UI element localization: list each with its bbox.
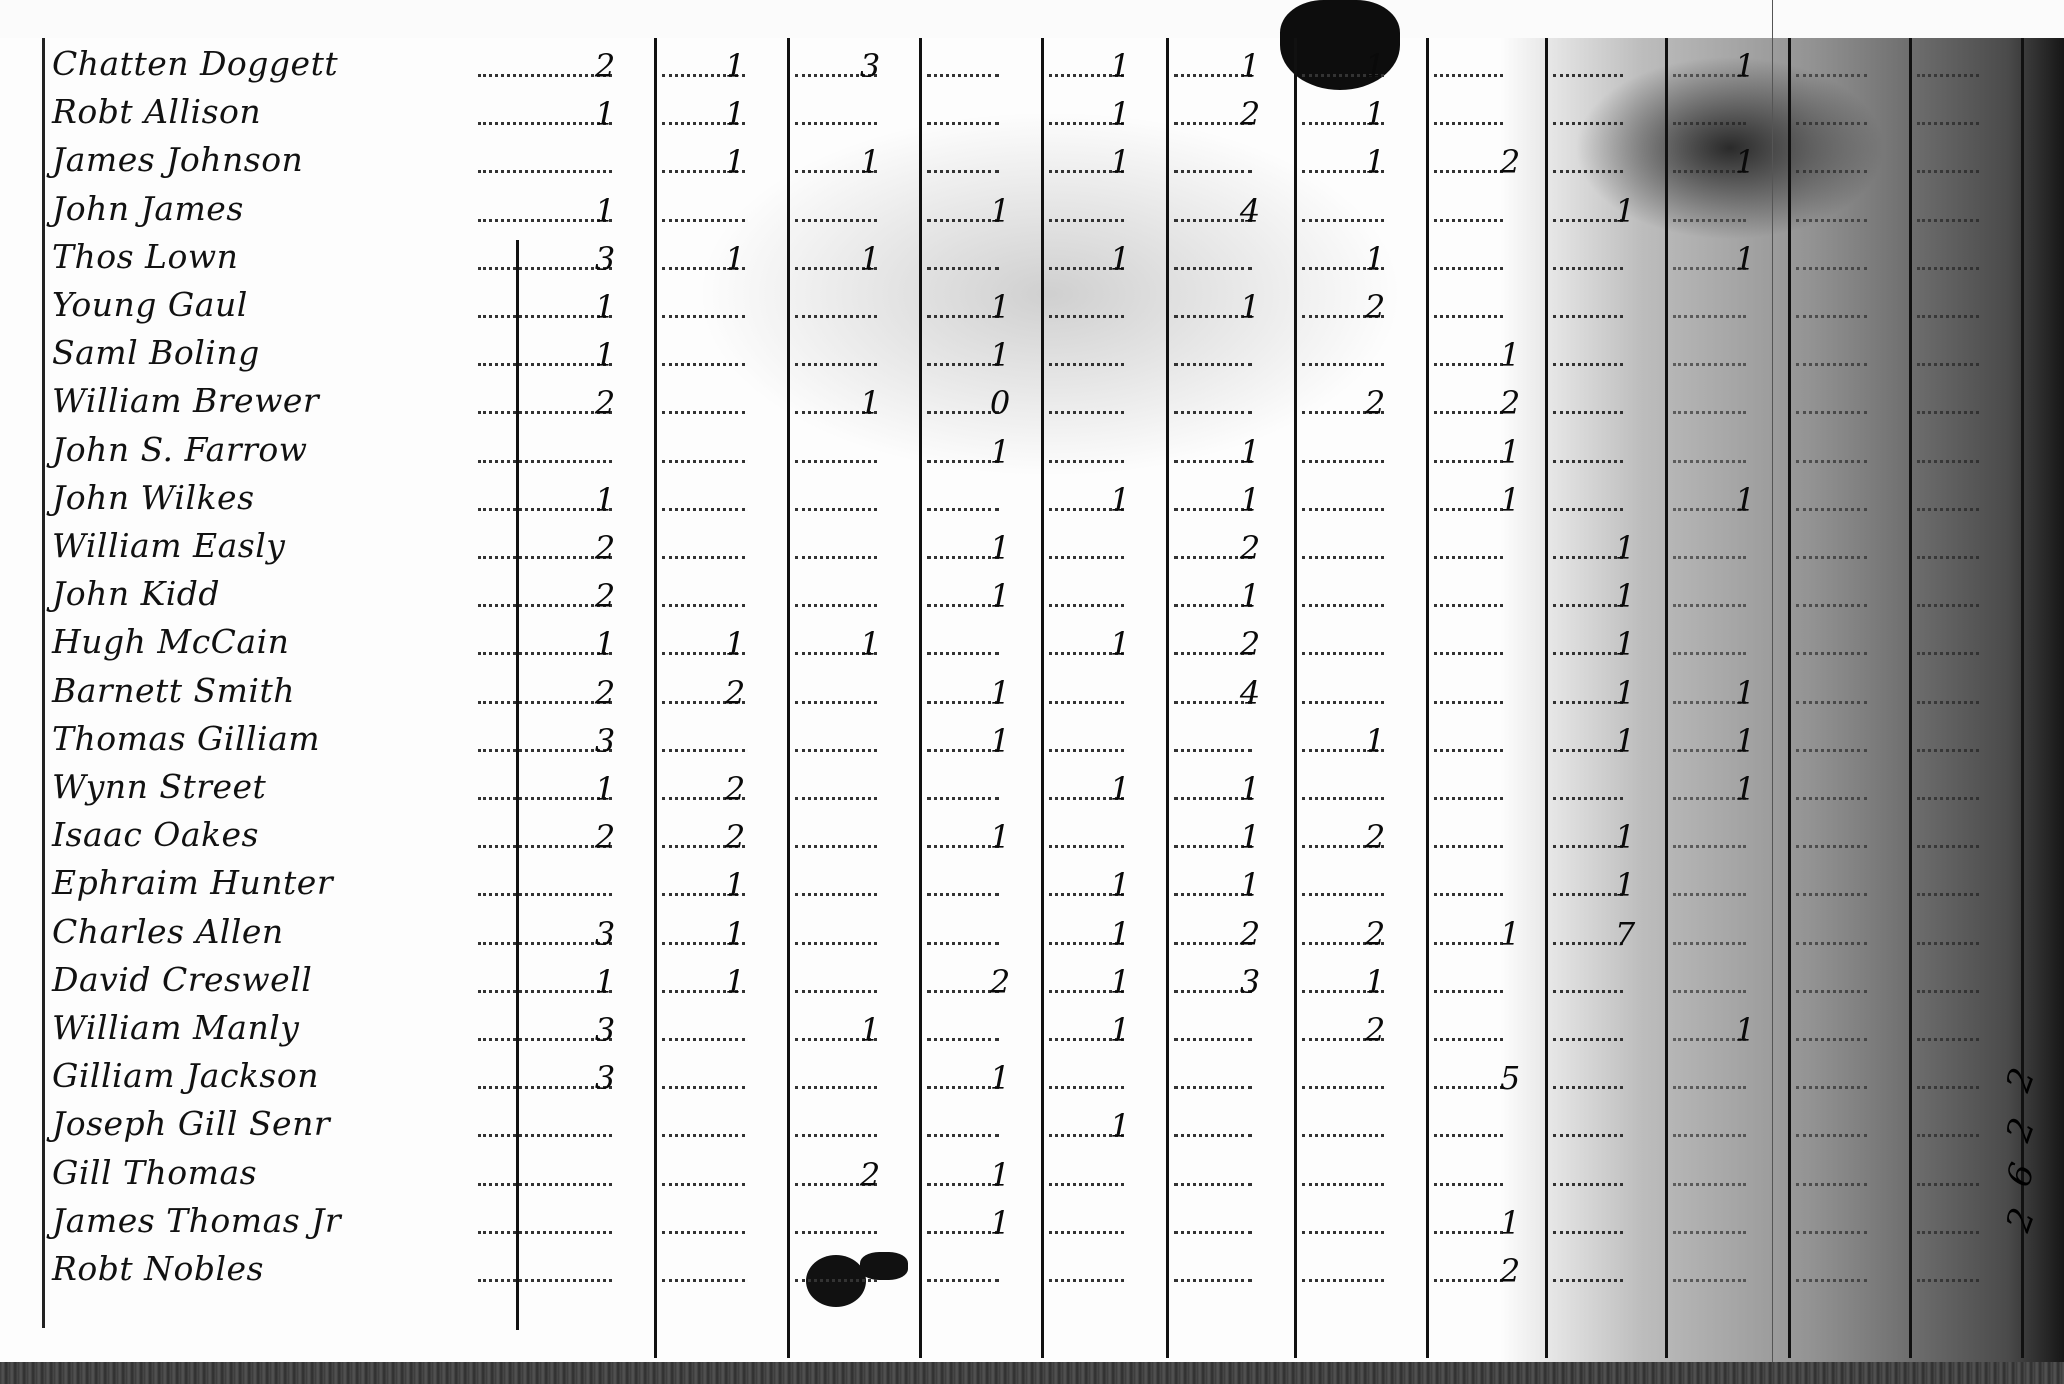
scan-edge xyxy=(0,1362,2064,1384)
tally-cell: 1 xyxy=(1605,674,1645,712)
dotted-leader xyxy=(927,267,999,270)
tally-cell: 2 xyxy=(585,577,625,615)
dotted-leader xyxy=(1917,942,1979,945)
dotted-leader xyxy=(478,170,612,173)
dotted-leader xyxy=(1553,508,1623,511)
ledger-row: Ephraim Hunter1111 xyxy=(0,859,2064,906)
dotted-leader xyxy=(1049,363,1124,366)
dotted-leader xyxy=(795,1134,877,1137)
ledger-row: Saml Boling111 xyxy=(0,329,2064,376)
tally-cell: 2 xyxy=(1230,529,1270,567)
dotted-leader xyxy=(1434,701,1503,704)
dotted-leader xyxy=(1553,1086,1623,1089)
tally-cell: 1 xyxy=(1725,674,1765,712)
tally-cell: 3 xyxy=(585,722,625,760)
dotted-leader xyxy=(1434,315,1503,318)
dotted-leader xyxy=(1434,1038,1503,1041)
dotted-leader xyxy=(478,1279,612,1282)
dotted-leader xyxy=(1553,797,1623,800)
dotted-leader xyxy=(1673,363,1746,366)
dotted-leader xyxy=(1553,74,1623,77)
dotted-leader xyxy=(662,1086,745,1089)
dotted-leader xyxy=(927,1134,999,1137)
dotted-leader xyxy=(1796,508,1867,511)
household-head-name: Thomas Gilliam xyxy=(52,719,320,758)
dotted-leader xyxy=(1434,1134,1503,1137)
tally-cell: 1 xyxy=(1725,143,1765,181)
dotted-leader xyxy=(1302,1134,1384,1137)
tally-cell: 2 xyxy=(1490,384,1530,422)
tally-cell: 1 xyxy=(980,192,1020,230)
dotted-leader xyxy=(662,219,745,222)
dotted-leader xyxy=(795,604,877,607)
dotted-leader xyxy=(1049,1279,1124,1282)
dotted-leader xyxy=(1917,1086,1979,1089)
tally-cell: 1 xyxy=(1355,963,1395,1001)
dotted-leader xyxy=(1049,604,1124,607)
dotted-leader xyxy=(1434,122,1503,125)
dotted-leader xyxy=(1434,604,1503,607)
dotted-leader xyxy=(1796,797,1867,800)
household-head-name: Charles Allen xyxy=(52,912,284,951)
dotted-leader xyxy=(795,1231,877,1234)
tally-cell: 1 xyxy=(1605,577,1645,615)
household-head-name: Gilliam Jackson xyxy=(52,1056,319,1095)
tally-cell: 1 xyxy=(1100,770,1140,808)
dotted-leader xyxy=(1917,1279,1979,1282)
dotted-leader xyxy=(1302,797,1384,800)
dotted-leader xyxy=(1917,122,1979,125)
dotted-leader xyxy=(1917,749,1979,752)
household-head-name: Ephraim Hunter xyxy=(52,863,333,902)
tally-cell: 2 xyxy=(1355,384,1395,422)
dotted-leader xyxy=(1673,411,1746,414)
dotted-leader xyxy=(1434,845,1503,848)
dotted-leader xyxy=(1796,315,1867,318)
dotted-leader xyxy=(1917,990,1979,993)
dotted-leader xyxy=(1553,315,1623,318)
tally-cell: 1 xyxy=(980,1156,1020,1194)
tally-cell: 1 xyxy=(1230,481,1270,519)
household-head-name: Thos Lown xyxy=(52,237,238,276)
tally-cell: 1 xyxy=(1230,47,1270,85)
ledger-row: Barnett Smith221411 xyxy=(0,667,2064,714)
dotted-leader xyxy=(1174,1279,1252,1282)
dotted-leader xyxy=(1553,363,1623,366)
household-head-name: James Johnson xyxy=(52,140,303,179)
dotted-leader xyxy=(1796,170,1867,173)
ledger-row: Robt Allison11121 xyxy=(0,88,2064,135)
dotted-leader xyxy=(1917,556,1979,559)
tally-cell: 1 xyxy=(1100,95,1140,133)
dotted-leader xyxy=(1796,604,1867,607)
tally-cell: 1 xyxy=(1605,625,1645,663)
tally-cell: 1 xyxy=(1230,433,1270,471)
tally-cell: 2 xyxy=(1355,288,1395,326)
dotted-leader xyxy=(1434,749,1503,752)
dotted-leader xyxy=(1174,1134,1252,1137)
tally-cell: 1 xyxy=(1100,1011,1140,1049)
tally-cell: 1 xyxy=(1100,915,1140,953)
tally-cell: 1 xyxy=(980,433,1020,471)
dotted-leader xyxy=(662,1279,745,1282)
tally-cell: 1 xyxy=(715,866,755,904)
dotted-leader xyxy=(1917,508,1979,511)
ledger-row: Thomas Gilliam31111 xyxy=(0,715,2064,762)
dotted-leader xyxy=(1434,556,1503,559)
dotted-leader xyxy=(1796,990,1867,993)
dotted-leader xyxy=(1673,990,1746,993)
dotted-leader xyxy=(1174,1038,1252,1041)
ledger-row: Gill Thomas21 xyxy=(0,1149,2064,1196)
dotted-leader xyxy=(1796,1279,1867,1282)
tally-cell: 1 xyxy=(1100,1107,1140,1145)
dotted-leader xyxy=(1302,363,1384,366)
dotted-leader xyxy=(1049,219,1124,222)
dotted-leader xyxy=(1553,1231,1623,1234)
ledger-row: William Brewer21022 xyxy=(0,377,2064,424)
dotted-leader xyxy=(1434,1183,1503,1186)
dotted-leader xyxy=(1434,990,1503,993)
dotted-leader xyxy=(795,1086,877,1089)
tally-cell: 2 xyxy=(585,529,625,567)
dotted-leader xyxy=(1553,1134,1623,1137)
household-head-name: James Thomas Jr xyxy=(52,1201,341,1240)
tally-cell: 1 xyxy=(1725,770,1765,808)
tally-cell: 1 xyxy=(1100,143,1140,181)
tally-cell: 1 xyxy=(1605,818,1645,856)
dotted-leader xyxy=(1917,411,1979,414)
tally-cell: 4 xyxy=(1230,192,1270,230)
dotted-leader xyxy=(1796,942,1867,945)
dotted-leader xyxy=(1174,749,1252,752)
dotted-leader xyxy=(1553,1183,1623,1186)
tally-cell: 1 xyxy=(1100,47,1140,85)
dotted-leader xyxy=(662,508,745,511)
tally-cell: 2 xyxy=(1490,1252,1530,1290)
dotted-leader xyxy=(927,508,999,511)
dotted-leader xyxy=(478,893,612,896)
dotted-leader xyxy=(1302,508,1384,511)
dotted-leader xyxy=(1434,267,1503,270)
dotted-leader xyxy=(1673,122,1746,125)
dotted-leader xyxy=(1796,1086,1867,1089)
ledger-row: Robt Nobles2 xyxy=(0,1245,2064,1292)
dotted-leader xyxy=(1049,749,1124,752)
tally-cell: 1 xyxy=(1605,722,1645,760)
dotted-leader xyxy=(1796,652,1867,655)
dotted-leader xyxy=(662,749,745,752)
ledger-row: James Johnson111121 xyxy=(0,136,2064,183)
dotted-leader xyxy=(1434,74,1503,77)
tally-cell: 1 xyxy=(1490,915,1530,953)
household-head-name: Barnett Smith xyxy=(52,671,295,710)
household-head-name: Hugh McCain xyxy=(52,622,289,661)
dotted-leader xyxy=(927,170,999,173)
ledger-row: Thos Lown311111 xyxy=(0,233,2064,280)
dotted-leader xyxy=(927,797,999,800)
tally-cell: 2 xyxy=(980,963,1020,1001)
tally-cell: 1 xyxy=(1100,481,1140,519)
dotted-leader xyxy=(1796,701,1867,704)
dotted-leader xyxy=(1673,556,1746,559)
tally-cell: 1 xyxy=(1355,722,1395,760)
dotted-leader xyxy=(662,315,745,318)
tally-cell: 3 xyxy=(585,915,625,953)
dotted-leader xyxy=(1553,460,1623,463)
household-head-name: John Wilkes xyxy=(52,478,255,517)
tally-cell: 1 xyxy=(715,963,755,1001)
tally-cell: 1 xyxy=(1230,577,1270,615)
dotted-leader xyxy=(1673,1183,1746,1186)
ledger-row: Charles Allen3112217 xyxy=(0,908,2064,955)
dotted-leader xyxy=(1434,652,1503,655)
tally-cell: 1 xyxy=(1355,240,1395,278)
dotted-leader xyxy=(1917,1038,1979,1041)
dotted-leader xyxy=(1553,990,1623,993)
tally-cell: 2 xyxy=(1230,625,1270,663)
tally-cell: 1 xyxy=(850,1011,890,1049)
dotted-leader xyxy=(1174,170,1252,173)
dotted-leader xyxy=(1673,1231,1746,1234)
tally-cell: 1 xyxy=(1100,963,1140,1001)
dotted-leader xyxy=(1796,74,1867,77)
tally-cell: 1 xyxy=(1100,866,1140,904)
dotted-leader xyxy=(795,122,877,125)
tally-cell: 1 xyxy=(1725,1011,1765,1049)
household-head-name: William Easly xyxy=(52,526,285,565)
tally-cell: 1 xyxy=(585,625,625,663)
dotted-leader xyxy=(1917,1134,1979,1137)
tally-cell: 2 xyxy=(585,674,625,712)
tally-cell: 1 xyxy=(585,95,625,133)
dotted-leader xyxy=(1917,460,1979,463)
tally-cell: 1 xyxy=(1490,336,1530,374)
dotted-leader xyxy=(1302,219,1384,222)
tally-cell: 1 xyxy=(585,481,625,519)
tally-cell: 1 xyxy=(850,384,890,422)
dotted-leader xyxy=(795,749,877,752)
tally-cell: 1 xyxy=(980,818,1020,856)
tally-cell: 1 xyxy=(980,288,1020,326)
dotted-leader xyxy=(1673,604,1746,607)
dotted-leader xyxy=(1796,411,1867,414)
ledger-row: Isaac Oakes221121 xyxy=(0,811,2064,858)
dotted-leader xyxy=(1796,122,1867,125)
ledger-row: John James1141 xyxy=(0,185,2064,232)
dotted-leader xyxy=(1174,1183,1252,1186)
dotted-leader xyxy=(1174,1231,1252,1234)
dotted-leader xyxy=(1673,845,1746,848)
tally-cell: 5 xyxy=(1490,1059,1530,1097)
ledger-row: Joseph Gill Senr1 xyxy=(0,1100,2064,1147)
tally-cell: 2 xyxy=(1490,143,1530,181)
dotted-leader xyxy=(1796,363,1867,366)
dotted-leader xyxy=(1302,701,1384,704)
dotted-leader xyxy=(927,942,999,945)
dotted-leader xyxy=(1049,1183,1124,1186)
tally-cell: 1 xyxy=(585,192,625,230)
dotted-leader xyxy=(1553,122,1623,125)
dotted-leader xyxy=(1049,701,1124,704)
ledger-row: John Kidd2111 xyxy=(0,570,2064,617)
household-head-name: Gill Thomas xyxy=(52,1153,257,1192)
dotted-leader xyxy=(1174,267,1252,270)
tally-cell: 1 xyxy=(1490,481,1530,519)
dotted-leader xyxy=(1917,267,1979,270)
tally-cell: 3 xyxy=(850,47,890,85)
dotted-leader xyxy=(1917,315,1979,318)
tally-cell: 2 xyxy=(1355,1011,1395,1049)
dotted-leader xyxy=(1553,267,1623,270)
dotted-leader xyxy=(1049,1086,1124,1089)
tally-cell: 1 xyxy=(980,1059,1020,1097)
tally-cell: 1 xyxy=(980,722,1020,760)
household-head-name: Young Gaul xyxy=(52,285,248,324)
tally-cell: 1 xyxy=(1490,1204,1530,1242)
dotted-leader xyxy=(1673,1134,1746,1137)
dotted-leader xyxy=(1434,797,1503,800)
dotted-leader xyxy=(795,556,877,559)
tally-cell: 1 xyxy=(1725,240,1765,278)
dotted-leader xyxy=(795,845,877,848)
tally-cell: 2 xyxy=(1230,915,1270,953)
tally-cell: 1 xyxy=(1230,770,1270,808)
ledger-row: William Easly2121 xyxy=(0,522,2064,569)
household-head-name: Robt Nobles xyxy=(52,1249,264,1288)
ledger-row: Young Gaul1112 xyxy=(0,281,2064,328)
tally-cell: 2 xyxy=(585,384,625,422)
tally-cell: 1 xyxy=(715,47,755,85)
dotted-leader xyxy=(1673,219,1746,222)
tally-cell: 1 xyxy=(585,336,625,374)
dotted-leader xyxy=(1796,893,1867,896)
tally-cell: 2 xyxy=(585,47,625,85)
tally-cell: 1 xyxy=(585,288,625,326)
tally-cell: 3 xyxy=(585,1059,625,1097)
dotted-leader xyxy=(1553,411,1623,414)
tally-cell: 7 xyxy=(1605,915,1645,953)
dotted-leader xyxy=(1673,942,1746,945)
dotted-leader xyxy=(1049,1231,1124,1234)
dotted-leader xyxy=(1302,652,1384,655)
household-head-name: John James xyxy=(52,189,244,228)
dotted-leader xyxy=(1553,1038,1623,1041)
ledger-row: John Wilkes11111 xyxy=(0,474,2064,521)
tally-cell: 1 xyxy=(980,674,1020,712)
tally-cell: 1 xyxy=(850,625,890,663)
dotted-leader xyxy=(795,701,877,704)
household-head-name: William Manly xyxy=(52,1008,299,1047)
dotted-leader xyxy=(1049,315,1124,318)
dotted-leader xyxy=(1049,845,1124,848)
tally-cell: 1 xyxy=(1605,529,1645,567)
tally-cell: 3 xyxy=(585,1011,625,1049)
tally-cell: 2 xyxy=(715,674,755,712)
dotted-leader xyxy=(795,219,877,222)
dotted-leader xyxy=(927,1279,999,1282)
page-top-margin xyxy=(0,0,2064,38)
dotted-leader xyxy=(795,460,877,463)
dotted-leader xyxy=(478,460,612,463)
dotted-leader xyxy=(1302,556,1384,559)
dotted-leader xyxy=(1673,893,1746,896)
tally-cell: 1 xyxy=(715,625,755,663)
dotted-leader xyxy=(1917,219,1979,222)
dotted-leader xyxy=(1917,845,1979,848)
tally-cell: 1 xyxy=(1725,481,1765,519)
household-head-name: Chatten Doggett xyxy=(52,44,338,83)
dotted-leader xyxy=(1917,652,1979,655)
dotted-leader xyxy=(1302,893,1384,896)
tally-cell: 1 xyxy=(850,240,890,278)
household-head-name: Joseph Gill Senr xyxy=(52,1104,330,1143)
ledger-row: James Thomas Jr11 xyxy=(0,1197,2064,1244)
dotted-leader xyxy=(795,893,877,896)
dotted-leader xyxy=(1796,845,1867,848)
dotted-leader xyxy=(1673,1086,1746,1089)
dotted-leader xyxy=(1917,604,1979,607)
household-head-name: Wynn Street xyxy=(52,767,266,806)
tally-cell: 1 xyxy=(715,143,755,181)
dotted-leader xyxy=(1302,604,1384,607)
tally-cell: 1 xyxy=(1725,722,1765,760)
tally-cell: 1 xyxy=(715,915,755,953)
household-head-name: Robt Allison xyxy=(52,92,261,131)
dotted-leader xyxy=(662,460,745,463)
dotted-leader xyxy=(662,556,745,559)
dotted-leader xyxy=(1796,1231,1867,1234)
dotted-leader xyxy=(1174,1086,1252,1089)
tally-cell: 2 xyxy=(850,1156,890,1194)
dotted-leader xyxy=(1917,797,1979,800)
household-head-name: John Kidd xyxy=(52,574,220,613)
tally-cell: 1 xyxy=(1355,143,1395,181)
dotted-leader xyxy=(1049,556,1124,559)
tally-cell: 0 xyxy=(980,384,1020,422)
tally-cell: 1 xyxy=(1230,288,1270,326)
tally-cell: 1 xyxy=(585,770,625,808)
ledger-row: Chatten Doggett2131111 xyxy=(0,40,2064,87)
dotted-leader xyxy=(795,1279,877,1282)
tally-cell: 1 xyxy=(980,1204,1020,1242)
tally-cell: 2 xyxy=(1355,818,1395,856)
dotted-leader xyxy=(662,604,745,607)
dotted-leader xyxy=(1174,411,1252,414)
tally-cell: 1 xyxy=(1230,818,1270,856)
tally-cell: 2 xyxy=(715,818,755,856)
household-head-name: Saml Boling xyxy=(52,333,260,372)
tally-cell: 1 xyxy=(1355,95,1395,133)
dotted-leader xyxy=(1049,460,1124,463)
dotted-leader xyxy=(1049,411,1124,414)
dotted-leader xyxy=(1917,363,1979,366)
ledger-row: John S. Farrow111 xyxy=(0,426,2064,473)
dotted-leader xyxy=(795,942,877,945)
dotted-leader xyxy=(1796,556,1867,559)
dotted-leader xyxy=(1917,701,1979,704)
dotted-leader xyxy=(1796,219,1867,222)
dotted-leader xyxy=(1917,170,1979,173)
dotted-leader xyxy=(927,652,999,655)
dotted-leader xyxy=(795,363,877,366)
dotted-leader xyxy=(1796,749,1867,752)
tally-cell: 1 xyxy=(715,240,755,278)
ledger-row: Gilliam Jackson315 xyxy=(0,1052,2064,1099)
household-head-name: John S. Farrow xyxy=(52,430,308,469)
dotted-leader xyxy=(795,797,877,800)
dotted-leader xyxy=(1673,315,1746,318)
